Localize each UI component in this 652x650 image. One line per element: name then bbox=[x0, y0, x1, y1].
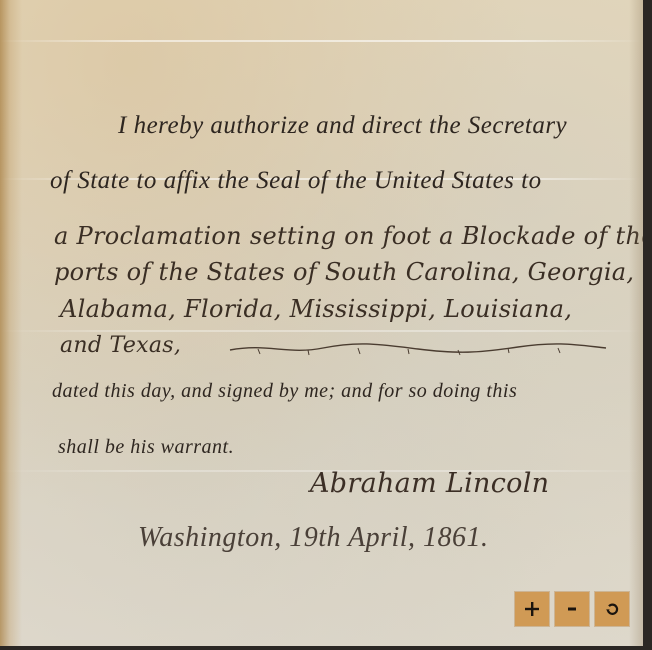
paper-fold bbox=[0, 40, 643, 42]
document-line-2: of State to affix the Seal of the United… bbox=[50, 167, 542, 195]
minus-icon bbox=[564, 601, 580, 617]
zoom-in-button[interactable] bbox=[515, 592, 549, 626]
reset-button[interactable] bbox=[595, 592, 629, 626]
document-line-5: Alabama, Florida, Mississippi, Louisiana… bbox=[60, 295, 572, 323]
document-image[interactable]: I hereby authorize and direct the Secret… bbox=[0, 0, 643, 646]
pen-flourish bbox=[228, 341, 608, 357]
image-viewer: I hereby authorize and direct the Secret… bbox=[0, 0, 652, 650]
dateline: Washington, 19th April, 1861. bbox=[138, 522, 489, 554]
plus-icon bbox=[524, 601, 540, 617]
document-line-8: shall be his warrant. bbox=[58, 436, 234, 459]
document-line-7: dated this day, and signed by me; and fo… bbox=[52, 380, 517, 403]
document-line-3: a Proclamation setting on foot a Blockad… bbox=[54, 222, 643, 250]
zoom-out-button[interactable] bbox=[555, 592, 589, 626]
zoom-controls bbox=[515, 592, 629, 626]
document-line-4: ports of the States of South Carolina, G… bbox=[54, 258, 634, 286]
signature: Abraham Lincoln bbox=[310, 468, 549, 499]
document-line-1: I hereby authorize and direct the Secret… bbox=[118, 112, 567, 140]
document-line-6: and Texas, bbox=[60, 333, 181, 358]
rotate-reset-icon bbox=[604, 601, 620, 617]
paper-fold bbox=[0, 330, 643, 332]
